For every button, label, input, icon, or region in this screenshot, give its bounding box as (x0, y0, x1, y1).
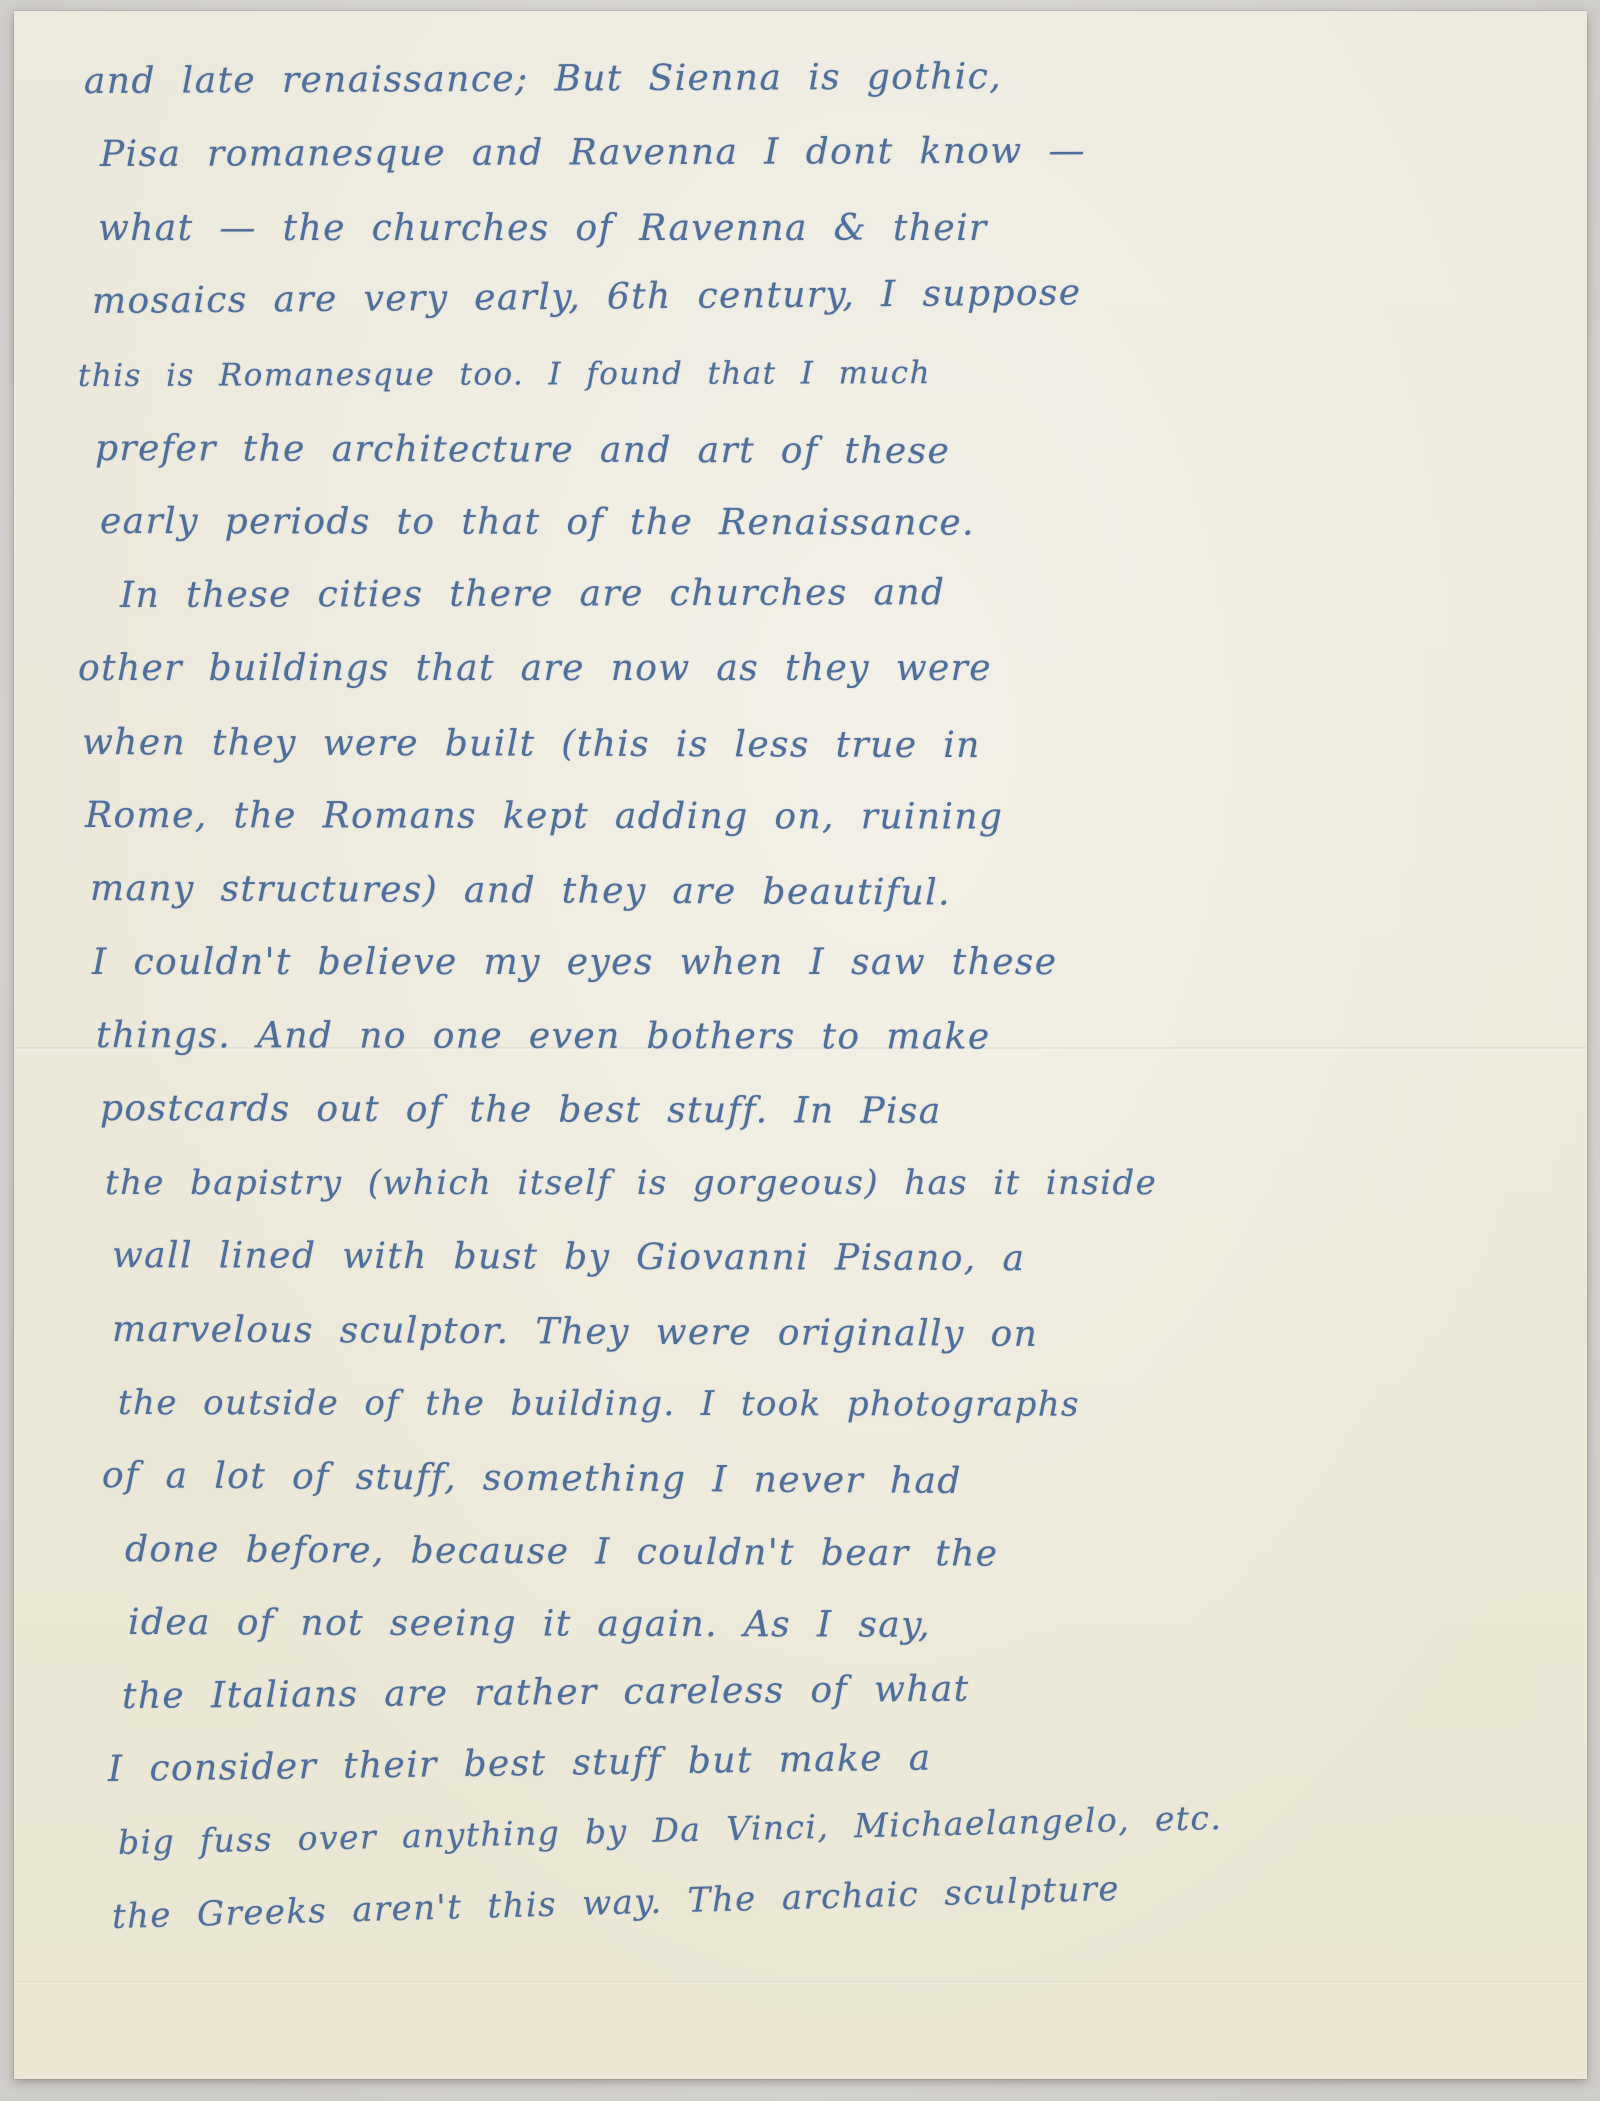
handwritten-line: postcards out of the best stuff. In Pisa (100, 1072, 1557, 1150)
handwritten-line: prefer the architecture and art of these (95, 412, 1557, 490)
handwritten-line: things. And no one even bothers to make (96, 999, 1557, 1075)
handwritten-line: the bapistry (which itself is gorgeous) … (105, 1146, 1557, 1219)
handwritten-line: Pisa romanesque and Ravenna I dont know … (100, 113, 1557, 191)
handwritten-line: wall lined with bust by Giovanni Pisano,… (112, 1219, 1557, 1297)
paper-fold-crease-lower (14, 1981, 1587, 1984)
letter-page: and late renaissance; But Sienna is goth… (14, 11, 1587, 2079)
letter-body: and late renaissance; But Sienna is goth… (78, 45, 1557, 1953)
scan-background: and late renaissance; But Sienna is goth… (0, 0, 1600, 2101)
handwritten-line: the outside of the building. I took phot… (118, 1366, 1557, 1442)
handwritten-line: early periods to that of the Renaissance… (100, 485, 1557, 561)
handwritten-line: when they were built (this is less true … (82, 706, 1557, 785)
handwritten-line: marvelous sculptor. They were originally… (112, 1293, 1557, 1374)
handwritten-line: mosaics are very early, 6th century, I s… (92, 252, 1558, 338)
handwritten-line: In these cities there are churches and (120, 554, 1557, 632)
handwritten-line: and late renaissance; But Sienna is goth… (84, 37, 1557, 118)
handwritten-line: Rome, the Romans kept adding on, ruining (85, 779, 1557, 855)
handwritten-line: of a lot of stuff, something I never had (102, 1439, 1557, 1523)
handwritten-line: many structures) and they are beautiful. (90, 852, 1557, 933)
handwritten-line: done before, because I couldn't bear the (125, 1513, 1557, 1594)
handwritten-line: I couldn't believe my eyes when I saw th… (92, 926, 1557, 999)
handwritten-line: other buildings that are now as they wer… (78, 632, 1557, 705)
handwritten-line: this is Romanesque too. I found that I m… (78, 333, 1557, 412)
